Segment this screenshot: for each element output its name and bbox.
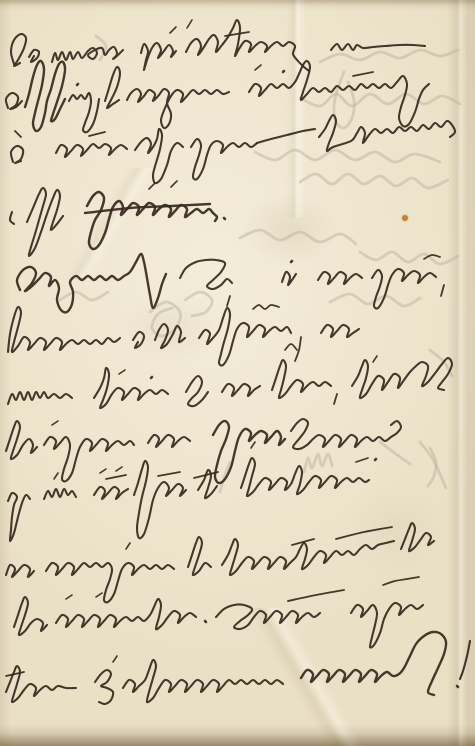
ink-stroke xyxy=(119,370,125,374)
ink-stroke xyxy=(257,129,315,143)
ink-stroke xyxy=(106,475,126,479)
ink-stroke xyxy=(205,621,206,622)
ghost-stroke xyxy=(240,230,356,244)
ink-stroke xyxy=(222,539,394,575)
ink-stroke xyxy=(319,115,455,151)
ink-stroke xyxy=(186,20,309,71)
ink-stroke xyxy=(15,131,21,137)
ink-stroke xyxy=(272,360,331,398)
ink-stroke xyxy=(253,305,279,309)
ink-stroke xyxy=(186,376,208,406)
ink-stroke xyxy=(282,272,296,285)
ink-stroke xyxy=(56,144,127,157)
ink-stroke xyxy=(375,459,376,460)
ink-stroke xyxy=(170,27,176,33)
ink-stroke xyxy=(224,218,225,219)
ink-stroke xyxy=(288,590,344,601)
ink-stroke xyxy=(6,565,34,577)
ink-stroke xyxy=(89,132,105,136)
ink-stroke xyxy=(255,65,261,70)
ink-stroke xyxy=(135,129,183,183)
handwriting-line-12 xyxy=(6,632,470,704)
ink-stroke xyxy=(69,93,99,132)
ink-stroke xyxy=(457,686,458,687)
ink-stroke xyxy=(95,670,113,704)
ink-stroke xyxy=(141,43,176,70)
ink-stroke xyxy=(171,181,177,187)
ink-stroke xyxy=(148,435,190,447)
handwriting-line-1 xyxy=(11,20,425,71)
ink-stroke xyxy=(52,47,123,62)
ink-stroke xyxy=(8,392,72,404)
ink-stroke xyxy=(401,523,434,551)
ink-stroke xyxy=(52,421,58,425)
handwriting-line-5 xyxy=(17,254,444,312)
ink-stroke xyxy=(116,467,122,471)
handwriting-line-9 xyxy=(8,442,376,541)
ink-stroke xyxy=(123,660,283,702)
ink-stroke xyxy=(44,489,76,499)
ink-stroke xyxy=(6,93,22,109)
ink-stroke xyxy=(94,487,128,499)
ink-stroke xyxy=(352,358,452,398)
ink-stroke xyxy=(27,188,63,256)
ink-stroke xyxy=(151,377,152,378)
ghost-stroke xyxy=(300,174,448,188)
ghost-stroke xyxy=(380,442,410,464)
ink-stroke xyxy=(10,212,14,224)
ink-stroke xyxy=(251,442,255,448)
ink-stroke xyxy=(213,421,285,483)
ink-stroke xyxy=(8,493,30,541)
ghost-stroke xyxy=(360,252,458,264)
ink-stroke xyxy=(6,666,76,702)
ink-stroke xyxy=(11,146,23,163)
ink-stroke xyxy=(356,458,368,462)
ink-stroke xyxy=(14,597,47,635)
ghost-stroke xyxy=(60,292,108,300)
ink-stroke xyxy=(96,593,102,597)
ink-stroke xyxy=(94,368,168,408)
ink-stroke xyxy=(460,641,470,679)
ghost-stroke xyxy=(255,150,440,162)
ink-stroke xyxy=(6,421,37,459)
letter-page xyxy=(0,0,475,746)
ink-stroke xyxy=(113,656,117,662)
ink-stroke xyxy=(285,344,297,350)
ink-stroke xyxy=(227,296,230,306)
handwriting-line-8 xyxy=(6,419,401,483)
ink-stroke xyxy=(191,139,257,180)
ink-stroke xyxy=(158,472,180,476)
handwriting-line-11 xyxy=(14,577,423,648)
ink-stroke xyxy=(318,272,362,284)
ink-stroke xyxy=(222,384,260,396)
ink-stroke xyxy=(17,254,166,312)
ghost-stroke xyxy=(320,50,458,62)
ink-stroke xyxy=(127,89,229,128)
ink-stroke xyxy=(8,307,120,352)
ink-stroke xyxy=(372,269,436,309)
ink-stroke xyxy=(66,595,72,599)
handwriting-svg xyxy=(0,0,475,746)
ink-stroke xyxy=(283,71,284,72)
ink-stroke xyxy=(373,356,377,362)
ghost-stroke xyxy=(185,292,212,316)
ink-stroke xyxy=(25,61,65,131)
handwriting-line-10 xyxy=(6,523,434,602)
ink-stroke xyxy=(291,261,292,262)
ink-stroke xyxy=(105,67,120,108)
ink-stroke xyxy=(29,50,39,62)
ink-stroke xyxy=(56,599,196,629)
ink-stroke xyxy=(383,577,419,585)
ink-stroke xyxy=(441,285,444,296)
ink-stroke xyxy=(149,183,155,189)
ink-stroke xyxy=(46,563,174,603)
foxing-spot xyxy=(402,215,408,221)
handwriting-line-4 xyxy=(10,181,225,256)
ink-stroke xyxy=(336,527,392,539)
ink-stroke xyxy=(199,308,291,366)
ink-stroke xyxy=(54,473,58,479)
ink-stroke xyxy=(331,44,425,50)
handwriting-line-6 xyxy=(8,305,359,366)
ink-stroke xyxy=(6,672,24,676)
handwriting-line-3 xyxy=(11,115,455,183)
ink-stroke xyxy=(87,192,217,249)
ghost-stroke xyxy=(300,94,460,106)
ink-stroke xyxy=(187,20,192,28)
ink-stroke xyxy=(321,325,359,337)
ink-stroke xyxy=(180,260,232,289)
ink-stroke xyxy=(334,394,337,404)
ink-stroke xyxy=(216,604,320,629)
ink-stroke xyxy=(133,332,144,348)
ink-stroke xyxy=(353,72,373,76)
ink-stroke xyxy=(188,537,211,575)
ink-stroke xyxy=(100,469,106,473)
ink-stroke xyxy=(11,34,26,66)
ink-stroke xyxy=(77,84,78,85)
ink-stroke xyxy=(301,632,446,695)
ghost-stroke xyxy=(304,454,332,472)
ink-stroke xyxy=(126,543,130,549)
ink-stroke xyxy=(351,603,423,648)
